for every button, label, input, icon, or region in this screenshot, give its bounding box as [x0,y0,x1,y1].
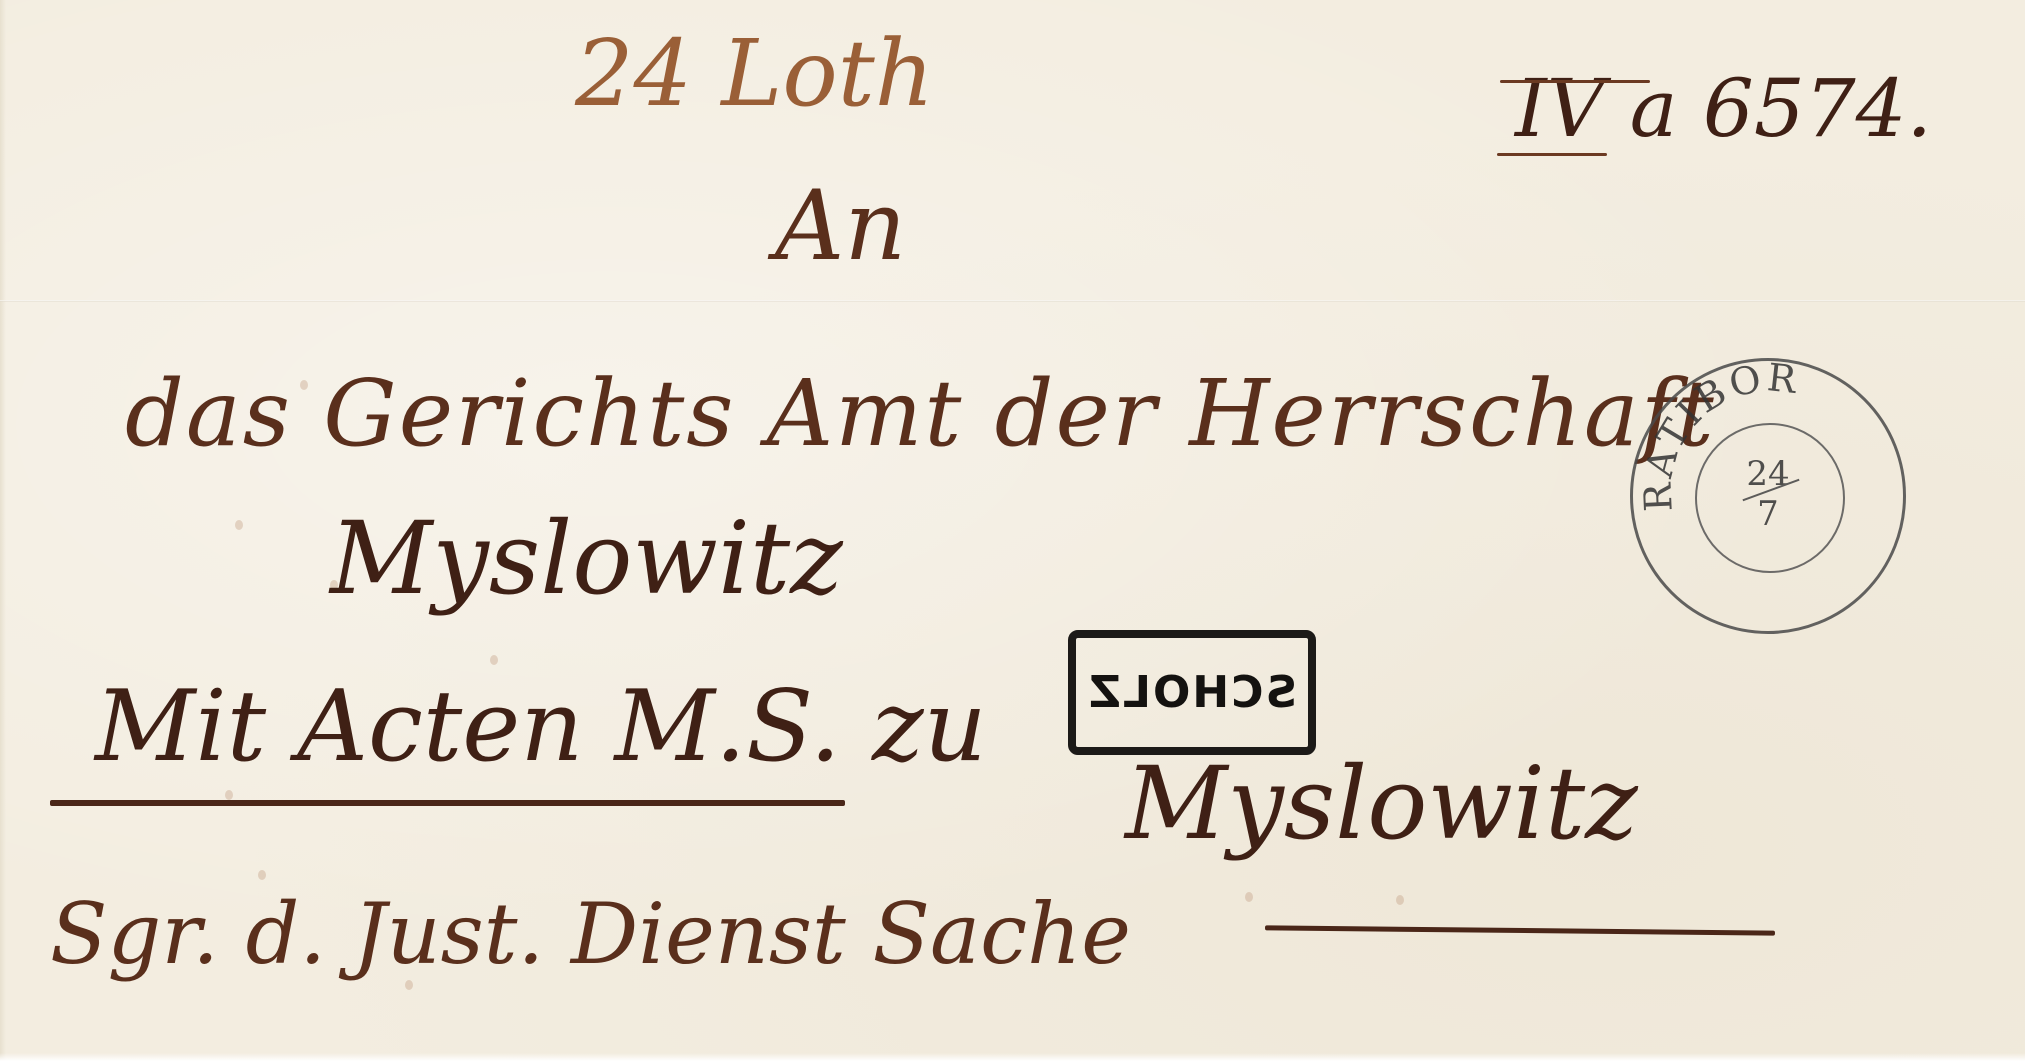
cancel-text: SCHOLZ [1087,667,1297,718]
destination-town: Myslowitz [1125,745,1638,862]
postmark-day: 24 [1633,457,1903,491]
enclosure-note: Mit Acten M.S. zu [95,670,987,784]
registry-overline [1500,80,1650,83]
paper-bottom-edge [0,1053,2025,1061]
address-salutation: An [775,170,906,282]
foxing-spot [235,520,243,530]
foxing-spot [1245,892,1253,902]
address-recipient: das Gerichts Amt der Herrschaft [125,360,1716,467]
fold-line [0,300,2025,302]
foxing-spot [1396,895,1404,905]
address-town: Myslowitz [330,500,843,617]
foxing-spot [490,655,498,665]
registry-underline [1497,153,1607,156]
foxing-spot [258,870,266,880]
foxing-spot [225,790,233,800]
registry-number: IV a 6574. [1515,62,1932,155]
scholz-box-cancel: SCHOLZ [1068,630,1316,755]
postmark-date: 24 7 [1633,457,1903,531]
weight-note: 24 Loth [575,20,934,127]
ratibor-postmark: RATIBOR 24 7 [1630,358,1906,634]
postmark-month: 7 [1633,497,1903,531]
official-service-note: Sgr. d. Just. Dienst Sache [50,885,1131,983]
destination-underline [1265,925,1775,935]
paper-left-edge [0,0,6,1061]
letter-cover: 24 Loth IV a 6574. An das Gerichts Amt d… [0,0,2025,1061]
enclosure-underline [50,800,845,806]
